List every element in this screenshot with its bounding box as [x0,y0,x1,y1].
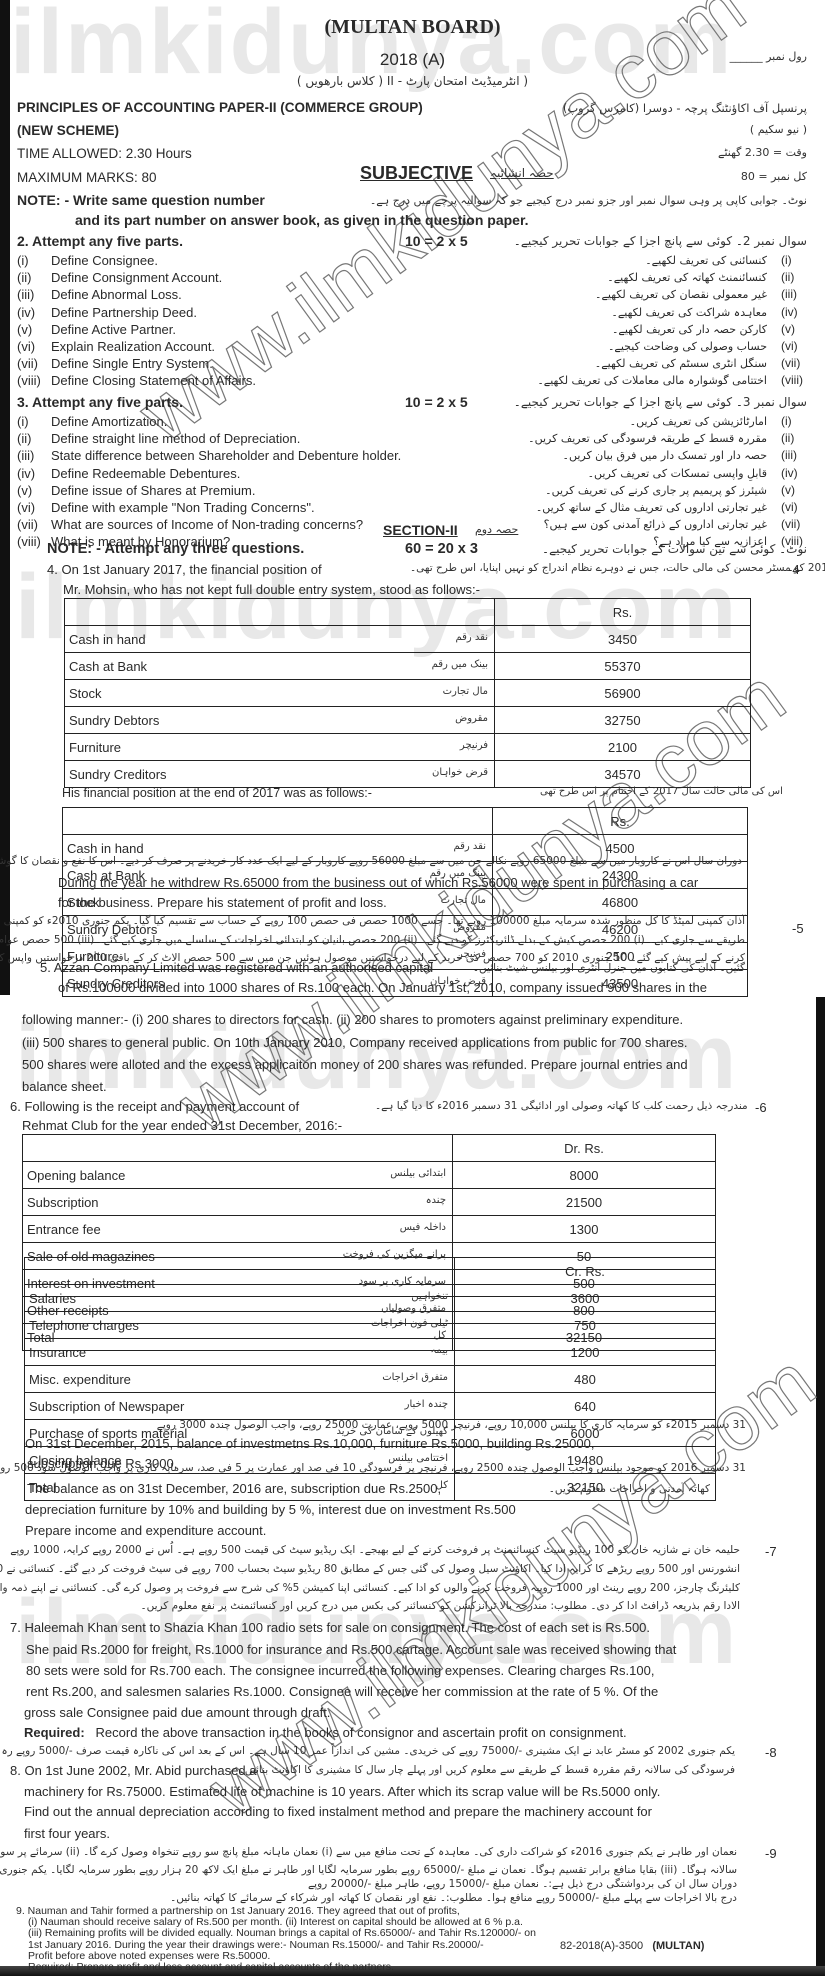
q6-after-text-3: The balance as on 31st December, 2016 ar… [27,1481,441,1496]
part-text-urdu: کارکن حصہ دار کی تعریف لکھیے۔ [612,321,767,338]
part-text-urdu: سنگل انٹری سسٹم کی تعریف لکھیے۔ [595,355,767,372]
part-text: Define issue of Shares at Premium. [51,482,255,499]
q5-urdu-number: -5 [792,921,804,936]
part-number: (i) [17,413,51,430]
part-number: (v) [17,321,51,338]
table-header-row: Rs. [63,808,748,835]
q2-parts-list-urdu: کنسائنی کی تعریف لکھیے۔(i)کنسائنمنٹ کھات… [537,252,807,390]
q2-part-urdu: کنسائنمنٹ کھاتہ کی تعریف لکھیے۔(ii) [537,269,807,286]
q4-text-1: 4. On 1st January 2017, the financial po… [47,562,322,577]
account-label: Cash in hand [67,841,144,856]
part-number: (viii) [781,372,807,389]
q2-part-urdu: معاہدہ شراکت کی تعریف لکھیے۔(iv) [537,304,807,321]
q6-text-2: Rehmat Club for the year ended 31st Dece… [22,1118,342,1133]
account-label: Cash at Bank [69,659,147,674]
q2-part: (i)Define Consignee. [17,252,256,269]
table-row: Cash in handنقد رقم3450 [65,626,751,653]
part-text: Define Redeemable Debentures. [51,465,240,482]
q6-text-1: 6. Following is the receipt and payment … [10,1099,299,1114]
q6-after-text-5: Prepare income and expenditure account. [25,1523,266,1538]
q2-heading-urdu: سوال نمبر 2۔ کوئی سے پانچ اجزا کے جوابات… [514,234,807,248]
account-label: Telephone charges [29,1318,139,1333]
part-number: (v) [17,482,51,499]
part-number: (iv) [781,465,807,482]
part-text: Define straight line method of Depreciat… [51,430,300,447]
account-label-urdu: متفرق اخراجات [382,1372,448,1383]
part-text-urdu: غیر تجارتی اداروں کی تعریف مثال کے ساتھ … [536,499,767,516]
account-amount: 1300 [453,1216,716,1243]
part-number: (iv) [781,304,807,321]
q2-part-urdu: اختتامی گوشوارہ مالی معاملات کی تعریف لک… [537,372,807,389]
q3-parts-list-urdu: امارٹائزیشن کی تعریف کریں۔(i)مقررہ قسط ک… [528,413,807,551]
q8-text-2: machinery for Rs.75000. Estimated life o… [24,1784,660,1799]
scheme-urdu: ( نیو سکیم ) [750,123,807,136]
time-allowed: TIME ALLOWED: 2.30 Hours [17,146,192,161]
section-2-title-urdu: حصہ دوم [475,523,518,536]
account-label: Insurance [29,1345,86,1360]
table-row: Sundry Creditorsقرض خواہان34570 [65,761,751,788]
q7-urdu-line-1: حلیمہ خان نے شازیہ خان کو 100 ریڈیو سیٹ … [30,1544,740,1556]
q2-part-urdu: حساب وصولی کی وضاحت کیجیے۔(vi) [537,338,807,355]
scan-edge-left [0,0,10,995]
account-label-cell: Misc. expenditureمتفرق اخراجات [25,1366,455,1393]
q7-urdu-line-4: الادا رقم بذریعہ ڈرافٹ ادا کر دی۔ مطلوب:… [30,1600,740,1612]
table-header-amount: Cr. Rs. [455,1258,716,1285]
section-2-note-urdu: نوٹ۔ کوئی سے تین سوالات کے جوابات تحریر … [542,542,807,556]
q2-part: (viii)Define Closing Statement of Affair… [17,372,256,389]
account-label-urdu: نقد رقم [455,632,488,643]
q8-urdu-line-1: یکم جنوری 2002 کو مسٹر عابد نے ایک مشینر… [30,1745,735,1757]
q9-urdu-number: -9 [765,1846,777,1861]
table-header-cell [63,808,493,835]
q5-text-5: 500 shares were alloted and the excess a… [22,1057,688,1072]
part-text: Define Consignment Account. [51,269,222,286]
q4-after-text-1: During the year he withdrew Rs.65000 fro… [58,875,698,890]
part-text-urdu: قابلِ واپسی تمسکات کی تعریف کریں۔ [588,465,767,482]
q4-urdu-number: -4 [788,562,800,577]
table-row: Cash at Bankبینک میں رقم55370 [65,653,751,680]
q5-urdu-line-2: طریقے سے جاری کیے۔ (i) 200 حصص کیش کے بد… [40,934,745,946]
q2-part-urdu: کارکن حصہ دار کی تعریف لکھیے۔(v) [537,321,807,338]
section-subjective-urdu: حصہ انشائیہ [490,166,554,180]
q2-part: (iii)Define Abnormal Loss. [17,286,256,303]
account-label: Sundry Debtors [69,713,159,728]
time-allowed-urdu: وقت = 2.30 گھنٹے [718,146,807,159]
part-number: (v) [781,482,807,499]
part-text-urdu: امارٹائزیشن کی تعریف کریں۔ [630,413,767,430]
account-amount: 56900 [495,680,751,707]
table-row: Stockمال تجارت56900 [65,680,751,707]
q5-text-4: (iii) 500 shares to general public. On 1… [22,1035,688,1050]
part-number: (vii) [781,355,807,372]
part-text: Define Consignee. [51,252,158,269]
table-row: Entrance feeداخلہ فیس1300 [23,1216,716,1243]
table-row: Insuranceبیمہ1200 [25,1339,716,1366]
part-text: Define Single Entry System. [51,355,213,372]
table-row: Telephone chargesٹیلی فون اخراجات750 [25,1312,716,1339]
section-subjective: SUBJECTIVE [360,163,473,184]
part-number: (viii) [17,372,51,389]
part-text-urdu: معاہدہ شراکت کی تعریف لکھیے۔ [611,304,767,321]
account-amount: 2100 [495,734,751,761]
q5-text-3: following manner:- (i) 200 shares to dir… [22,1012,683,1027]
q2-part-urdu: غیر معمولی نقصان کی تعریف لکھیے۔(iii) [537,286,807,303]
part-text-urdu: حساب وصولی کی وضاحت کیجیے۔ [608,338,767,355]
account-label: Opening balance [27,1168,125,1183]
table-row: Subscription of Newspaperچندہ اخبار640 [25,1393,716,1420]
q2-heading: 2. Attempt any five parts. [17,233,183,249]
q7-urdu-number: -7 [765,1544,777,1559]
table-header-amount: Dr. Rs. [453,1135,716,1162]
account-label-urdu: بیمہ [431,1345,448,1356]
account-label-cell: Stockمال تجارت [65,680,495,707]
account-label-urdu: مال تجارت [441,895,486,906]
account-label-cell: Sundry Debtorsمقروض [65,707,495,734]
q5-urdu-line-1: آذان کمپنی لمیٹڈ کا کل منظور شدہ سرمایہ … [40,915,745,927]
account-label-cell: Entrance feeداخلہ فیس [23,1216,453,1243]
part-number: (ii) [17,269,51,286]
q7-text-2: She paid Rs.2000 for freight, Rs.1000 fo… [26,1642,676,1657]
account-amount: 640 [455,1393,716,1420]
account-label: Sundry Creditors [69,767,167,782]
q9-text-3: (iii) Remaining profits will be divided … [16,1928,536,1939]
q4-opening-position-table: Rs.Cash in handنقد رقم3450Cash at Bankبی… [64,598,751,788]
q3-part-urdu: غیر تجارتی اداروں کے ذرائع آمدنی کون سے … [528,516,807,533]
table-header-cell [65,599,495,626]
account-label-urdu: بینک میں رقم [432,659,488,670]
q9-urdu-line-1: نعمان اور طاہر نے یکم جنوری 2016ء کو شرا… [25,1846,737,1858]
q2-part: (ii)Define Consignment Account. [17,269,256,286]
q7-required: Required: Record the above transaction i… [24,1725,627,1740]
part-text-urdu: غیر تجارتی اداروں کے ذرائع آمدنی کون سے … [544,516,767,533]
q3-part-urdu: امارٹائزیشن کی تعریف کریں۔(i) [528,413,807,430]
q5-text-1: 5. Azzan Company Limited was registered … [40,960,433,975]
q3-part-urdu: حصہ دار اور تمسک دار میں فرق بیان کریں۔(… [528,447,807,464]
account-amount: 3450 [495,626,751,653]
scheme: (NEW SCHEME) [17,123,119,138]
q3-part: (ii)Define straight line method of Depre… [17,430,401,447]
part-number: (vi) [17,499,51,516]
q3-part: (vii)What are sources of Income of Non-t… [17,516,401,533]
q8-urdu-number: -8 [765,1745,777,1760]
q2-part: (v)Define Active Partner. [17,321,256,338]
table-row: Opening balanceابتدائی بیلنس8000 [23,1162,716,1189]
part-number: (ii) [781,269,807,286]
account-label-urdu: چندہ [426,1195,446,1206]
account-amount: 46800 [493,889,748,916]
q4-after-text-urdu: دوران سال اس نے کاروبار میں سے مبلغ 6500… [42,855,742,867]
q3-part: (vi)Define with example "Non Trading Con… [17,499,401,516]
q7-urdu-line-3: کلیئرنگ چارجز، 200 روپے رینٹ اور 1000 رو… [30,1582,740,1594]
account-amount: 750 [455,1312,716,1339]
q2-part-urdu: کنسائنی کی تعریف لکھیے۔(i) [537,252,807,269]
q8-text-4: first four years. [24,1826,110,1841]
q3-parts-list: (i)Define Amortization.(ii)Define straig… [17,413,401,551]
part-text: Define Closing Statement of Affairs. [51,372,256,389]
account-label-cell: Opening balanceابتدائی بیلنس [23,1162,453,1189]
account-label-cell: Insuranceبیمہ [25,1339,455,1366]
exam-title-urdu: ( انٹرمیڈیٹ امتحان پارٹ - II ( کلاس بارھ… [0,74,825,88]
q3-heading: 3. Attempt any five parts. [17,394,183,410]
table-row: Misc. expenditureمتفرق اخراجات480 [25,1366,716,1393]
account-label-cell: Salariesتنخواہیں [25,1285,455,1312]
q5-text-6: balance sheet. [22,1079,107,1094]
account-amount: 8000 [453,1162,716,1189]
part-number: (iii) [17,286,51,303]
part-text: Define Abnormal Loss. [51,286,182,303]
account-label-cell: Cash in handنقد رقم [65,626,495,653]
part-number: (iii) [781,286,807,303]
q2-part: (vi)Explain Realization Account. [17,338,256,355]
table-header-amount: Rs. [495,599,751,626]
account-amount: 480 [455,1366,716,1393]
q3-part-urdu: مقررہ قسط کے طریقہ فرسودگی کی تعریف کریں… [528,430,807,447]
account-label-cell: Furnitureفرنیچر [65,734,495,761]
part-number: (i) [17,252,51,269]
q2-part-urdu: سنگل انٹری سسٹم کی تعریف لکھیے۔(vii) [537,355,807,372]
table-header-amount: Rs. [493,808,748,835]
q3-part-urdu: قابلِ واپسی تمسکات کی تعریف کریں۔(iv) [528,465,807,482]
section-2-note: NOTE: - Attempt any three questions. [47,541,304,557]
part-number: (vii) [781,516,807,533]
part-number: (vi) [781,338,807,355]
account-label: Subscription of Newspaper [29,1399,184,1414]
q9-urdu-line-4: درج بالا اخراجات سے پہلے مبلغ -/50000 رو… [25,1892,737,1904]
roll-number-label: رول نمبر ______ [730,50,807,63]
table-row: Sundry Debtorsمقروض32750 [65,707,751,734]
note-instructions-urdu: نوٹ۔ جوابی کاپی پر وہی سوال نمبر اور جزو… [370,194,807,207]
note-instructions: NOTE: - Write same question number [17,192,265,208]
account-label-cell: Subscriptionچندہ [23,1189,453,1216]
q7-text-5: gross sale Consignee paid due amount thr… [24,1705,330,1720]
part-text: What are sources of Income of Non-tradin… [51,516,363,533]
q7-text-1: 7. Haleemah Khan sent to Shazia Khan 100… [10,1620,650,1635]
account-label-urdu: فرنیچر [460,740,488,751]
note-instructions-cont: and its part number on answer book, as g… [75,212,529,228]
account-amount: 3600 [455,1285,716,1312]
account-label-urdu: قرض خواہان [432,767,488,778]
section-2-title: SECTION-II [383,522,458,538]
part-number: (v) [781,321,807,338]
q4-text-urdu: یکم جنوری 2017 کو مسٹر محسن کی مالی حالت… [410,562,825,574]
account-label-urdu: مقروض [455,713,488,724]
q6-after-text-1: On 31st December, 2015, balance of inves… [25,1436,594,1451]
q7-urdu-line-2: انشورنس اور 500 روپے ریڑھے کا کرایہ ادا … [30,1563,740,1575]
account-label-cell: Subscription of Newspaperچندہ اخبار [25,1393,455,1420]
part-text-urdu: حصہ دار اور تمسک دار میں فرق بیان کریں۔ [563,447,768,464]
account-label-cell: Cash at Bankبینک میں رقم [65,653,495,680]
part-text-urdu: اختتامی گوشوارہ مالی معاملات کی تعریف لک… [537,372,767,389]
q7-text-4: rent Rs.200, and salesmen salaries Rs.10… [26,1684,658,1699]
part-text-urdu: مقررہ قسط کے طریقہ فرسودگی کی تعریف کریں… [528,430,767,447]
table-row: Salariesتنخواہیں3600 [25,1285,716,1312]
q3-part: (iv)Define Redeemable Debentures. [17,465,401,482]
table-header-cell [25,1258,455,1285]
subject-title: PRINCIPLES OF ACCOUNTING PAPER-II (COMME… [17,100,423,115]
account-amount: 21500 [453,1189,716,1216]
q7-text-3: 80 sets were sold for Rs.700 each. The c… [26,1663,654,1678]
account-label: Entrance fee [27,1222,101,1237]
part-number: (i) [781,252,807,269]
q3-part: (v)Define issue of Shares at Premium. [17,482,401,499]
section-2-marks: 60 = 20 x 3 [405,541,478,557]
part-number: (vii) [17,355,51,372]
part-number: (iii) [781,447,807,464]
q8-urdu-line-2: فرسودگی کی سالانہ رقم مقررہ قسط کے طریقے… [290,1764,735,1776]
account-label: Cash in hand [69,632,146,647]
table-header-row: Cr. Rs. [25,1258,716,1285]
exam-year: 2018 (A) [0,50,825,70]
part-number: (i) [781,413,807,430]
part-number: (iii) [17,447,51,464]
scan-edge-right [816,997,825,1967]
q6-after-urdu-2: 31 دسمبر 2016 کو موجود بیلنس واجب الوصول… [40,1462,746,1474]
account-label-urdu: تنخواہیں [411,1291,448,1302]
q9-urdu-line-3: دوران سال ان کی بردواشتگی درج ذیل ہے:۔ ن… [25,1878,737,1890]
part-text: State difference between Shareholder and… [51,447,401,464]
part-text: Define Partnership Deed. [51,304,197,321]
subject-title-urdu: پرنسپل آف اکاؤنٹنگ پرچہ - دوسرا (کامرس گ… [563,101,807,115]
account-label-urdu: ٹیلی فون اخراجات [371,1318,448,1329]
q3-part: (i)Define Amortization. [17,413,401,430]
q8-text-3: Find out the annual depreciation accordi… [24,1804,652,1819]
part-text: Define Amortization. [51,413,167,430]
table-header-row: Dr. Rs. [23,1135,716,1162]
table-row: Furnitureفرنیچر2100 [65,734,751,761]
account-label-cell: Sundry Creditorsقرض خواہان [65,761,495,788]
q2-marks: 10 = 2 x 5 [405,233,468,249]
maximum-marks: MAXIMUM MARKS: 80 [17,170,157,185]
part-text: Define with example "Non Trading Concern… [51,499,315,516]
table-header-row: Rs. [65,599,751,626]
q3-part: (iii)State difference between Shareholde… [17,447,401,464]
q6-after-urdu-1: 31 دسمبر 2015ء کو سرمایہ کاری کا بیلنس 1… [40,1419,746,1431]
part-text: Define Active Partner. [51,321,176,338]
q8-text-1: 8. On 1st June 2002, Mr. Abid purchased … [10,1763,256,1778]
part-number: (iv) [17,465,51,482]
part-number: (viii) [17,533,51,550]
part-text-urdu: کنسائنمنٹ کھاتہ کی تعریف لکھیے۔ [607,269,767,286]
account-label-urdu: داخلہ فیس [400,1222,446,1233]
account-label-cell: Telephone chargesٹیلی فون اخراجات [25,1312,455,1339]
q4-mid-text: His financial position at the end of 201… [62,786,372,800]
account-label-urdu: ابتدائی بیلنس [390,1168,446,1179]
q3-heading-urdu: سوال نمبر 3۔ کوئی سے پانچ اجزا کے جوابات… [514,395,807,409]
part-text: Explain Realization Account. [51,338,215,355]
part-text-urdu: غیر معمولی نقصان کی تعریف لکھیے۔ [595,286,767,303]
account-amount: 34570 [495,761,751,788]
account-amount: 1200 [455,1339,716,1366]
account-amount: 55370 [495,653,751,680]
maximum-marks-urdu: کل نمبر = 80 [741,170,807,183]
q4-text-2: Mr. Mohsin, who has not kept full double… [63,582,480,597]
q4-after-text-2: for the business. Prepare his statement … [58,895,387,910]
part-number: (ii) [17,430,51,447]
part-text-urdu: کنسائنی کی تعریف لکھیے۔ [645,252,767,269]
account-label-urdu: مال تجارت [443,686,488,697]
part-text-urdu: شیئرز کو پریمیم پر جاری کرنے کی تعریف کر… [545,482,767,499]
account-label: Subscription [27,1195,99,1210]
q3-marks: 10 = 2 x 5 [405,394,468,410]
part-number: (iv) [17,304,51,321]
account-label: Furniture [69,740,121,755]
part-number: (vi) [17,338,51,355]
q6-urdu-number: -6 [755,1100,767,1115]
q2-part: (iv)Define Partnership Deed. [17,304,256,321]
q6-after-text-4: depreciation furniture by 10% and buildi… [25,1502,516,1517]
q2-parts-list: (i)Define Consignee.(ii)Define Consignme… [17,252,256,390]
q9-text-6: Required: Prepare profit and loss accoun… [16,1962,536,1973]
part-number: (vi) [781,499,807,516]
footer-code: 82-2018(A)-3500 (MULTAN) [560,1940,704,1952]
table-header-cell [23,1135,453,1162]
q9-text-block: 9. Nauman and Tahir formed a partnership… [16,1906,536,1973]
table-row: Subscriptionچندہ21500 [23,1189,716,1216]
account-label-urdu: نقد رقم [453,841,486,852]
q3-part-urdu: شیئرز کو پریمیم پر جاری کرنے کی تعریف کر… [528,482,807,499]
part-number: (vii) [17,516,51,533]
account-label: Stock [69,686,102,701]
account-amount: 32750 [495,707,751,734]
q6-text-urdu: مندرجہ ذیل رحمت کلب کا کھاتہ وصولی اور ا… [375,1100,748,1112]
account-label-urdu: چندہ اخبار [405,1399,448,1410]
account-label: Salaries [29,1291,76,1306]
part-number: (ii) [781,430,807,447]
q3-part-urdu: غیر تجارتی اداروں کی تعریف مثال کے ساتھ … [528,499,807,516]
q9-urdu-line-2: سالانہ ہوگا۔ (iii) بقایا منافع برابر تقس… [25,1864,737,1876]
board-title: (MULTAN BOARD) [0,16,825,39]
q6-after-urdu-3: کھاتہ آمدنی و اخراجات معلوم کریں۔ [560,1483,710,1495]
q5-text-2: of Rs.100000 divided into 1000 shares of… [58,980,707,995]
q5-urdu-line-4: گئیں۔ آذان کی کتابوں میں جنرل انٹری اور … [465,962,745,974]
q2-part: (vii)Define Single Entry System. [17,355,256,372]
q4-mid-text-urdu: اس کی مالی حالت سال 2017 کے اختتام پر اس… [540,786,783,797]
account-label: Misc. expenditure [29,1372,131,1387]
